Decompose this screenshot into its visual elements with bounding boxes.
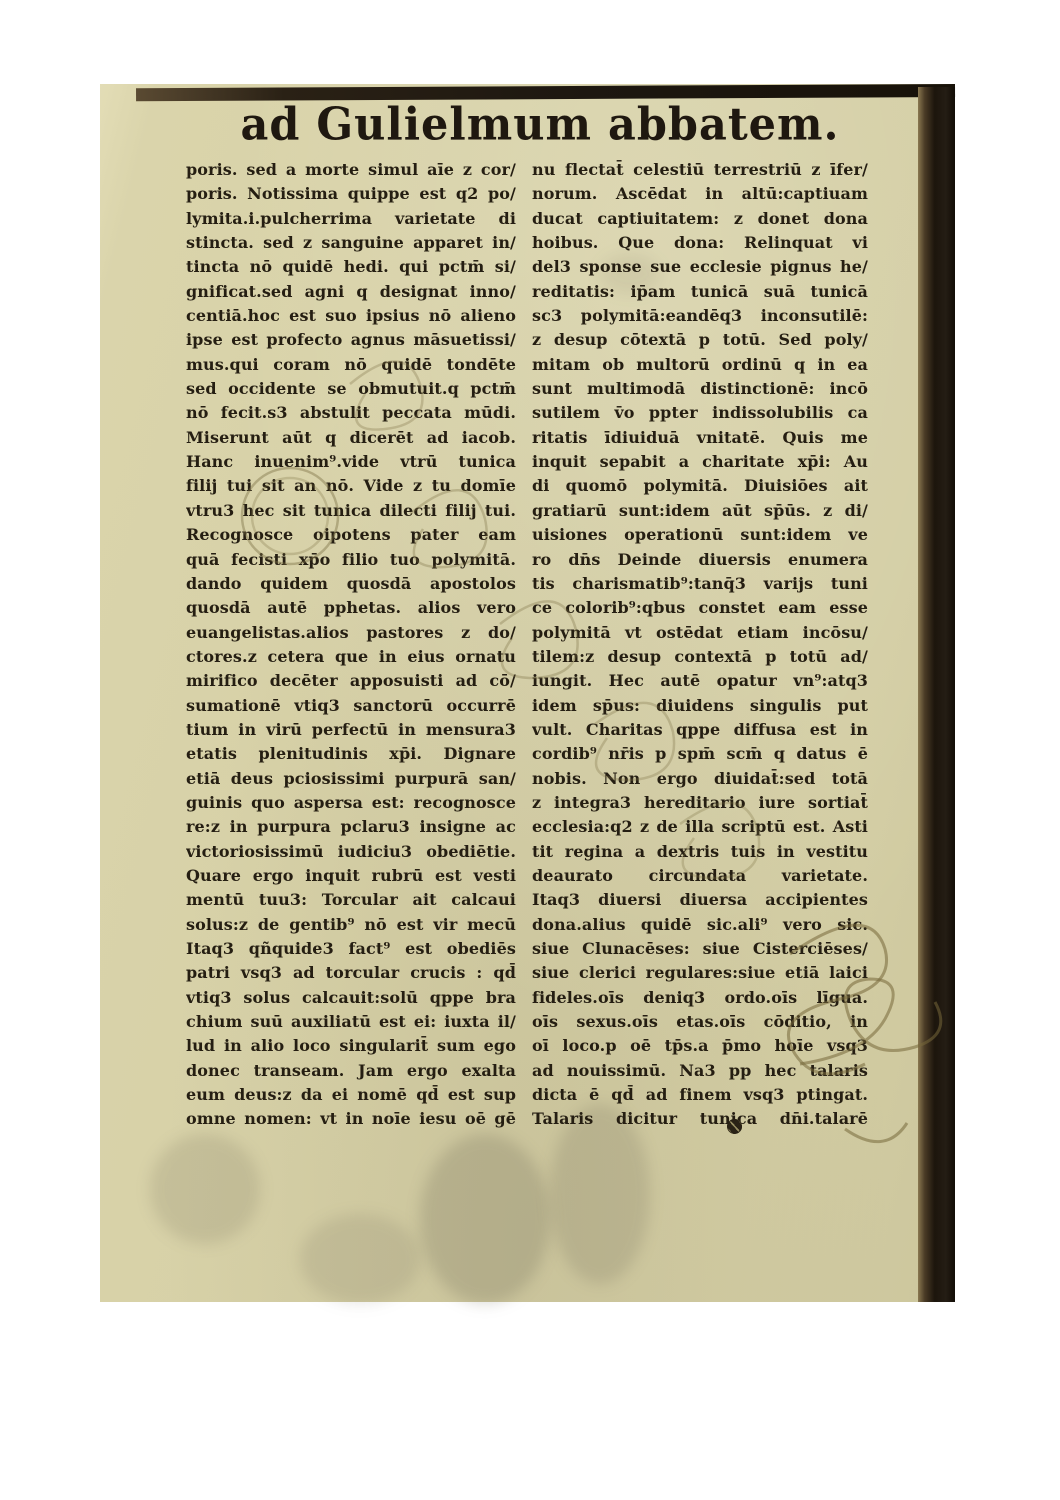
book-page: ad Gulielmum abbatem. poris. sed a morte… [100, 84, 955, 1302]
text-line: mentū tuu3: Torcular ait calcaui [186, 888, 516, 912]
text-line: tis charismatib⁹:tanq̄3 varijs tuni [532, 572, 868, 596]
text-line: eum deus:z da ei nomē qd̄ est sup [186, 1083, 516, 1107]
text-line: ipse est profecto agnus māsuetissi/ [186, 328, 516, 352]
text-line: siue clerici regulares:siue etiā laici [532, 961, 868, 985]
text-line: inquit sepabit a charitate xp̄i: Au [532, 450, 868, 474]
text-line: sumationē vtiq3 sanctorū occurrē [186, 694, 516, 718]
text-line: poris. sed a morte simul aīe z cor/ [186, 158, 516, 182]
text-line: nō fecit.s3 abstulit peccata mūdi. [186, 401, 516, 425]
text-column-right: nu flectat̄ celestiū terrestriū z īfer/n… [532, 158, 868, 1132]
page-heading: ad Gulielmum abbatem. [190, 99, 890, 151]
text-line: Talaris dicitur tunica dn̄i.talarē [532, 1107, 868, 1131]
text-line: filij tui sit an nō. Vide z tu domīe [186, 474, 516, 498]
text-line: ad nouissimū. Na3 pp hec talaris [532, 1059, 868, 1083]
text-line: gratiarū sunt:idem aūt sp̄ūs. z di/ [532, 499, 868, 523]
text-line: hoibus. Que dona: Relinquat vi [532, 231, 868, 255]
text-line: oīs sexus.oīs etas.oīs cōditio, in [532, 1010, 868, 1034]
text-line: victoriosissimū iudiciu3 obediētie. [186, 840, 516, 864]
text-line: lud in alio loco singularit̄ sum ego [186, 1034, 516, 1058]
text-line: norum. Ascēdat in altū:captiuam [532, 182, 868, 206]
text-line: stincta. sed z sanguine apparet in/ [186, 231, 516, 255]
text-line: vtiq3 solus calcauit:solū qppe bra [186, 986, 516, 1010]
text-line: nobis. Non ergo diuidat̄:sed totā [532, 767, 868, 791]
text-line: sed occidente se obmutuit.q pctm̄ [186, 377, 516, 401]
text-line: deaurato circundata varietate. [532, 864, 868, 888]
text-line: cordib⁹ nr̄is p spm̄ scm̄ q datus ē [532, 742, 868, 766]
text-line: del3 sponse sue ecclesie pignus he/ [532, 255, 868, 279]
text-line: vult. Charitas qppe diffusa est in [532, 718, 868, 742]
text-line: dando quidem quosdā apostolos [186, 572, 516, 596]
text-line: Recognosce oipotens pater eam [186, 523, 516, 547]
text-line: gnificat.sed agni q designat inno/ [186, 280, 516, 304]
text-line: di quomō polymitā. Diuisiōes ait [532, 474, 868, 498]
text-line: iungit. Hec autē opatur vn⁹:atq3 [532, 669, 868, 693]
text-line: tit regina a dextris tuis in vestitu [532, 840, 868, 864]
text-line: ritatis īdiuiduā vnitatē. Quis me [532, 426, 868, 450]
binding-edge [918, 87, 955, 1302]
text-line: re:z in purpura pclaru3 insigne ac [186, 815, 516, 839]
text-line: donec transeam. Jam ergo exalta [186, 1059, 516, 1083]
text-line: tincta nō quidē hedi. qui pctm̄ si/ [186, 255, 516, 279]
text-line: omne nomen: vt in noīe iesu oē gē [186, 1107, 516, 1131]
text-line: ducat captiuitatem: z donet dona [532, 207, 868, 231]
text-line: Quare ergo inquit rubrū est vesti [186, 864, 516, 888]
text-line: uisiones operationū sunt:idem ve [532, 523, 868, 547]
text-line: lymita.i.pulcherrima varietate di [186, 207, 516, 231]
paper-stain [420, 1134, 550, 1304]
text-line: poris. Notissima quippe est q2 po/ [186, 182, 516, 206]
text-line: quā fecisti xp̄o filio tuo polymitā. [186, 548, 516, 572]
text-line: sutilem v̄o ppter indissolubilis ca [532, 401, 868, 425]
text-line: ctores.z cetera que in eius ornatu [186, 645, 516, 669]
text-line: etatis plenitudinis xp̄i. Dignare [186, 742, 516, 766]
text-line: mitam ob multorū ordinū q in ea [532, 353, 868, 377]
text-line: mus.qui coram nō quidē tondēte [186, 353, 516, 377]
text-line: solus:z de gentib⁹ nō est vir mecū [186, 913, 516, 937]
text-line: quosdā autē pphetas. alios vero [186, 596, 516, 620]
text-column-left: poris. sed a morte simul aīe z cor/poris… [186, 158, 516, 1132]
text-line: fideles.oīs deniq3 ordo.oīs līgua. [532, 986, 868, 1010]
text-line: oī loco.p oē tp̄s.a p̄mo hoīe vsq3 [532, 1034, 868, 1058]
text-line: vtru3 hec sit tunica dilecti filij tui. [186, 499, 516, 523]
text-line: reditatis: ip̄am tunicā suā tunicā [532, 280, 868, 304]
paper-stain [150, 1134, 260, 1244]
text-line: Miserunt aūt q dicerēt ad iacob. [186, 426, 516, 450]
text-line: sc3 polymitā:eandēq3 inconsutilē: [532, 304, 868, 328]
text-line: siue Clunacēses: siue Cisterciēses/ [532, 937, 868, 961]
text-line: dicta ē qd̄ ad finem vsq3 ptingat. [532, 1083, 868, 1107]
text-line: polymitā vt ostēdat etiam incōsu/ [532, 621, 868, 645]
text-line: ro dn̄s Deinde diuersis enumera [532, 548, 868, 572]
text-line: ecclesia:q2 z de illa scriptū est. Asti [532, 815, 868, 839]
text-line: dona.alius quidē sic.ali⁹ vero sic. [532, 913, 868, 937]
paper-stain [300, 1214, 420, 1304]
text-line: tium in virū perfectū in mensura3 [186, 718, 516, 742]
text-line: z integra3 hereditario iure sortiat̄ [532, 791, 868, 815]
text-line: ce colorib⁹:qbus constet eam esse [532, 596, 868, 620]
text-line: idem sp̄us: diuidens singulis put [532, 694, 868, 718]
text-line: Itaq3 diuersi diuersa accipientes [532, 888, 868, 912]
text-line: Itaq3 qñquide3 fact⁹ est obediēs [186, 937, 516, 961]
text-line: chium suū auxiliatū est ei: iuxta il/ [186, 1010, 516, 1034]
text-line: euangelistas.alios pastores z do/ [186, 621, 516, 645]
text-line: patri vsq3 ad torcular crucis : qd̄ [186, 961, 516, 985]
text-line: z desup cōtextā p totū. Sed poly/ [532, 328, 868, 352]
printers-ornament-icon [727, 1119, 742, 1134]
text-line: tilem:z desup contextā p totū ad/ [532, 645, 868, 669]
text-line: Hanc inuenim⁹.vide vtrū tunica [186, 450, 516, 474]
text-line: centiā.hoc est suo ipsius nō alieno [186, 304, 516, 328]
text-line: mirifico decēter apposuisti ad cō/ [186, 669, 516, 693]
text-line: etiā deus pciosissimi purpurā san/ [186, 767, 516, 791]
text-line: guinis quo aspersa est: recognosce [186, 791, 516, 815]
text-line: sunt multimodā distinctionē: incō [532, 377, 868, 401]
text-line: nu flectat̄ celestiū terrestriū z īfer/ [532, 158, 868, 182]
